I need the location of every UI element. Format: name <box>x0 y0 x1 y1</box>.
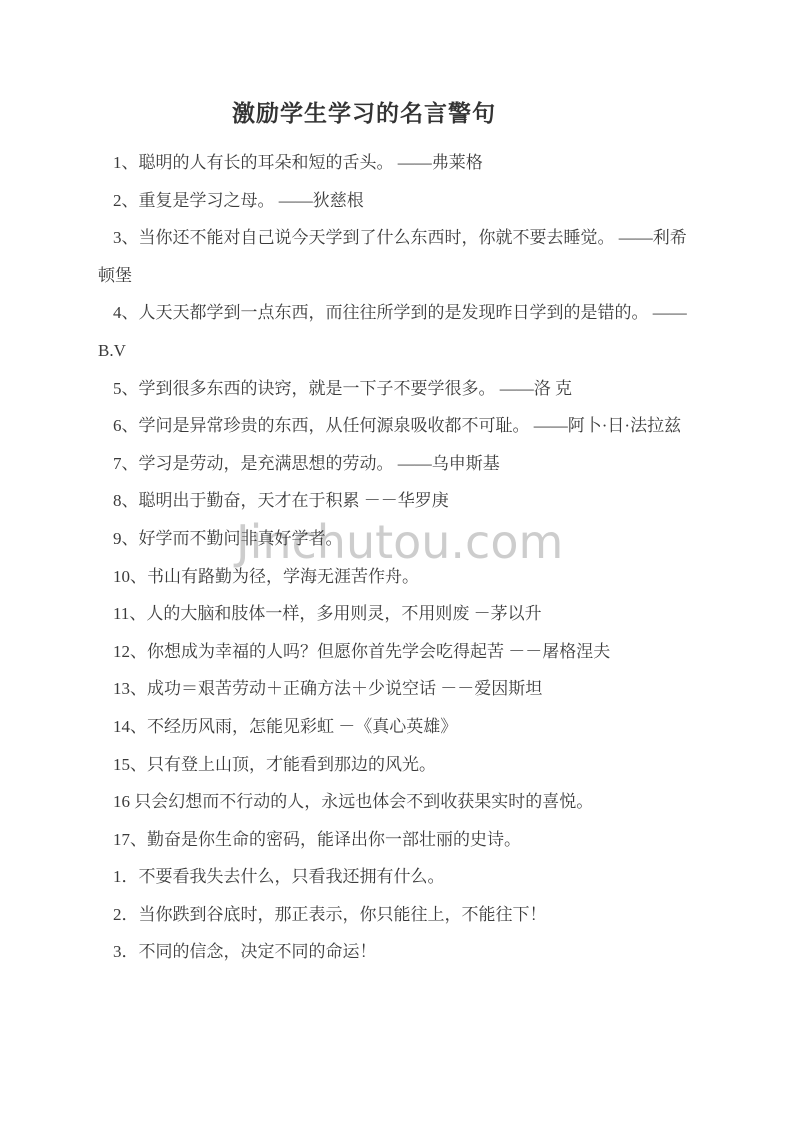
page-title: 激励学生学习的名言警句 <box>98 98 688 130</box>
quote-item: 6、学问是异常珍贵的东西，从任何源泉吸收都不可耻。 ——阿卜·日·法拉兹 <box>98 407 688 445</box>
quote-item: 5、学到很多东西的诀窍，就是一下子不要学很多。 ——洛 克 <box>98 370 688 408</box>
quote-item: 14、不经历风雨，怎能见彩虹 －《真心英雄》 <box>98 708 688 746</box>
quote-item: 9、好学而不勤问非真好学者。 <box>98 520 688 558</box>
quote-item: 15、只有登上山顶，才能看到那边的风光。 <box>98 746 688 784</box>
quote-item: 11、人的大脑和肢体一样，多用则灵，不用则废 －茅以升 <box>98 595 688 633</box>
quote-item: 4、人天天都学到一点东西，而往往所学到的是发现昨日学到的是错的。 ——B.V <box>98 294 688 369</box>
quote-item: 8、聪明出于勤奋，天才在于积累 －－华罗庚 <box>98 482 688 520</box>
quote-item: 7、学习是劳动，是充满思想的劳动。 ——乌申斯基 <box>98 445 688 483</box>
quote-item: 1．不要看我失去什么，只看我还拥有什么。 <box>98 858 688 896</box>
quote-item: 1、聪明的人有长的耳朵和短的舌头。 ——弗莱格 <box>98 144 688 182</box>
quote-item: 12、你想成为幸福的人吗？但愿你首先学会吃得起苦 －－屠格涅夫 <box>98 633 688 671</box>
quote-item: 2．当你跌到谷底时，那正表示，你只能往上，不能往下！ <box>98 896 688 934</box>
quote-item: 13、成功＝艰苦劳动＋正确方法＋少说空话 －－爱因斯坦 <box>98 670 688 708</box>
quote-item: 10、书山有路勤为径，学海无涯苦作舟。 <box>98 558 688 596</box>
document-page: Jinchutou.com 激励学生学习的名言警句 1、聪明的人有长的耳朵和短的… <box>0 0 800 1132</box>
quote-item: 3、当你还不能对自己说今天学到了什么东西时，你就不要去睡觉。 ——利希顿堡 <box>98 219 688 294</box>
quote-item: 3．不同的信念，决定不同的命运！ <box>98 933 688 971</box>
quote-item: 16 只会幻想而不行动的人，永远也体会不到收获果实时的喜悦。 <box>98 783 688 821</box>
quote-item: 2、重复是学习之母。 ——狄慈根 <box>98 182 688 220</box>
document-content: 激励学生学习的名言警句 1、聪明的人有长的耳朵和短的舌头。 ——弗莱格 2、重复… <box>98 98 688 971</box>
quote-item: 17、勤奋是你生命的密码，能译出你一部壮丽的史诗。 <box>98 821 688 859</box>
